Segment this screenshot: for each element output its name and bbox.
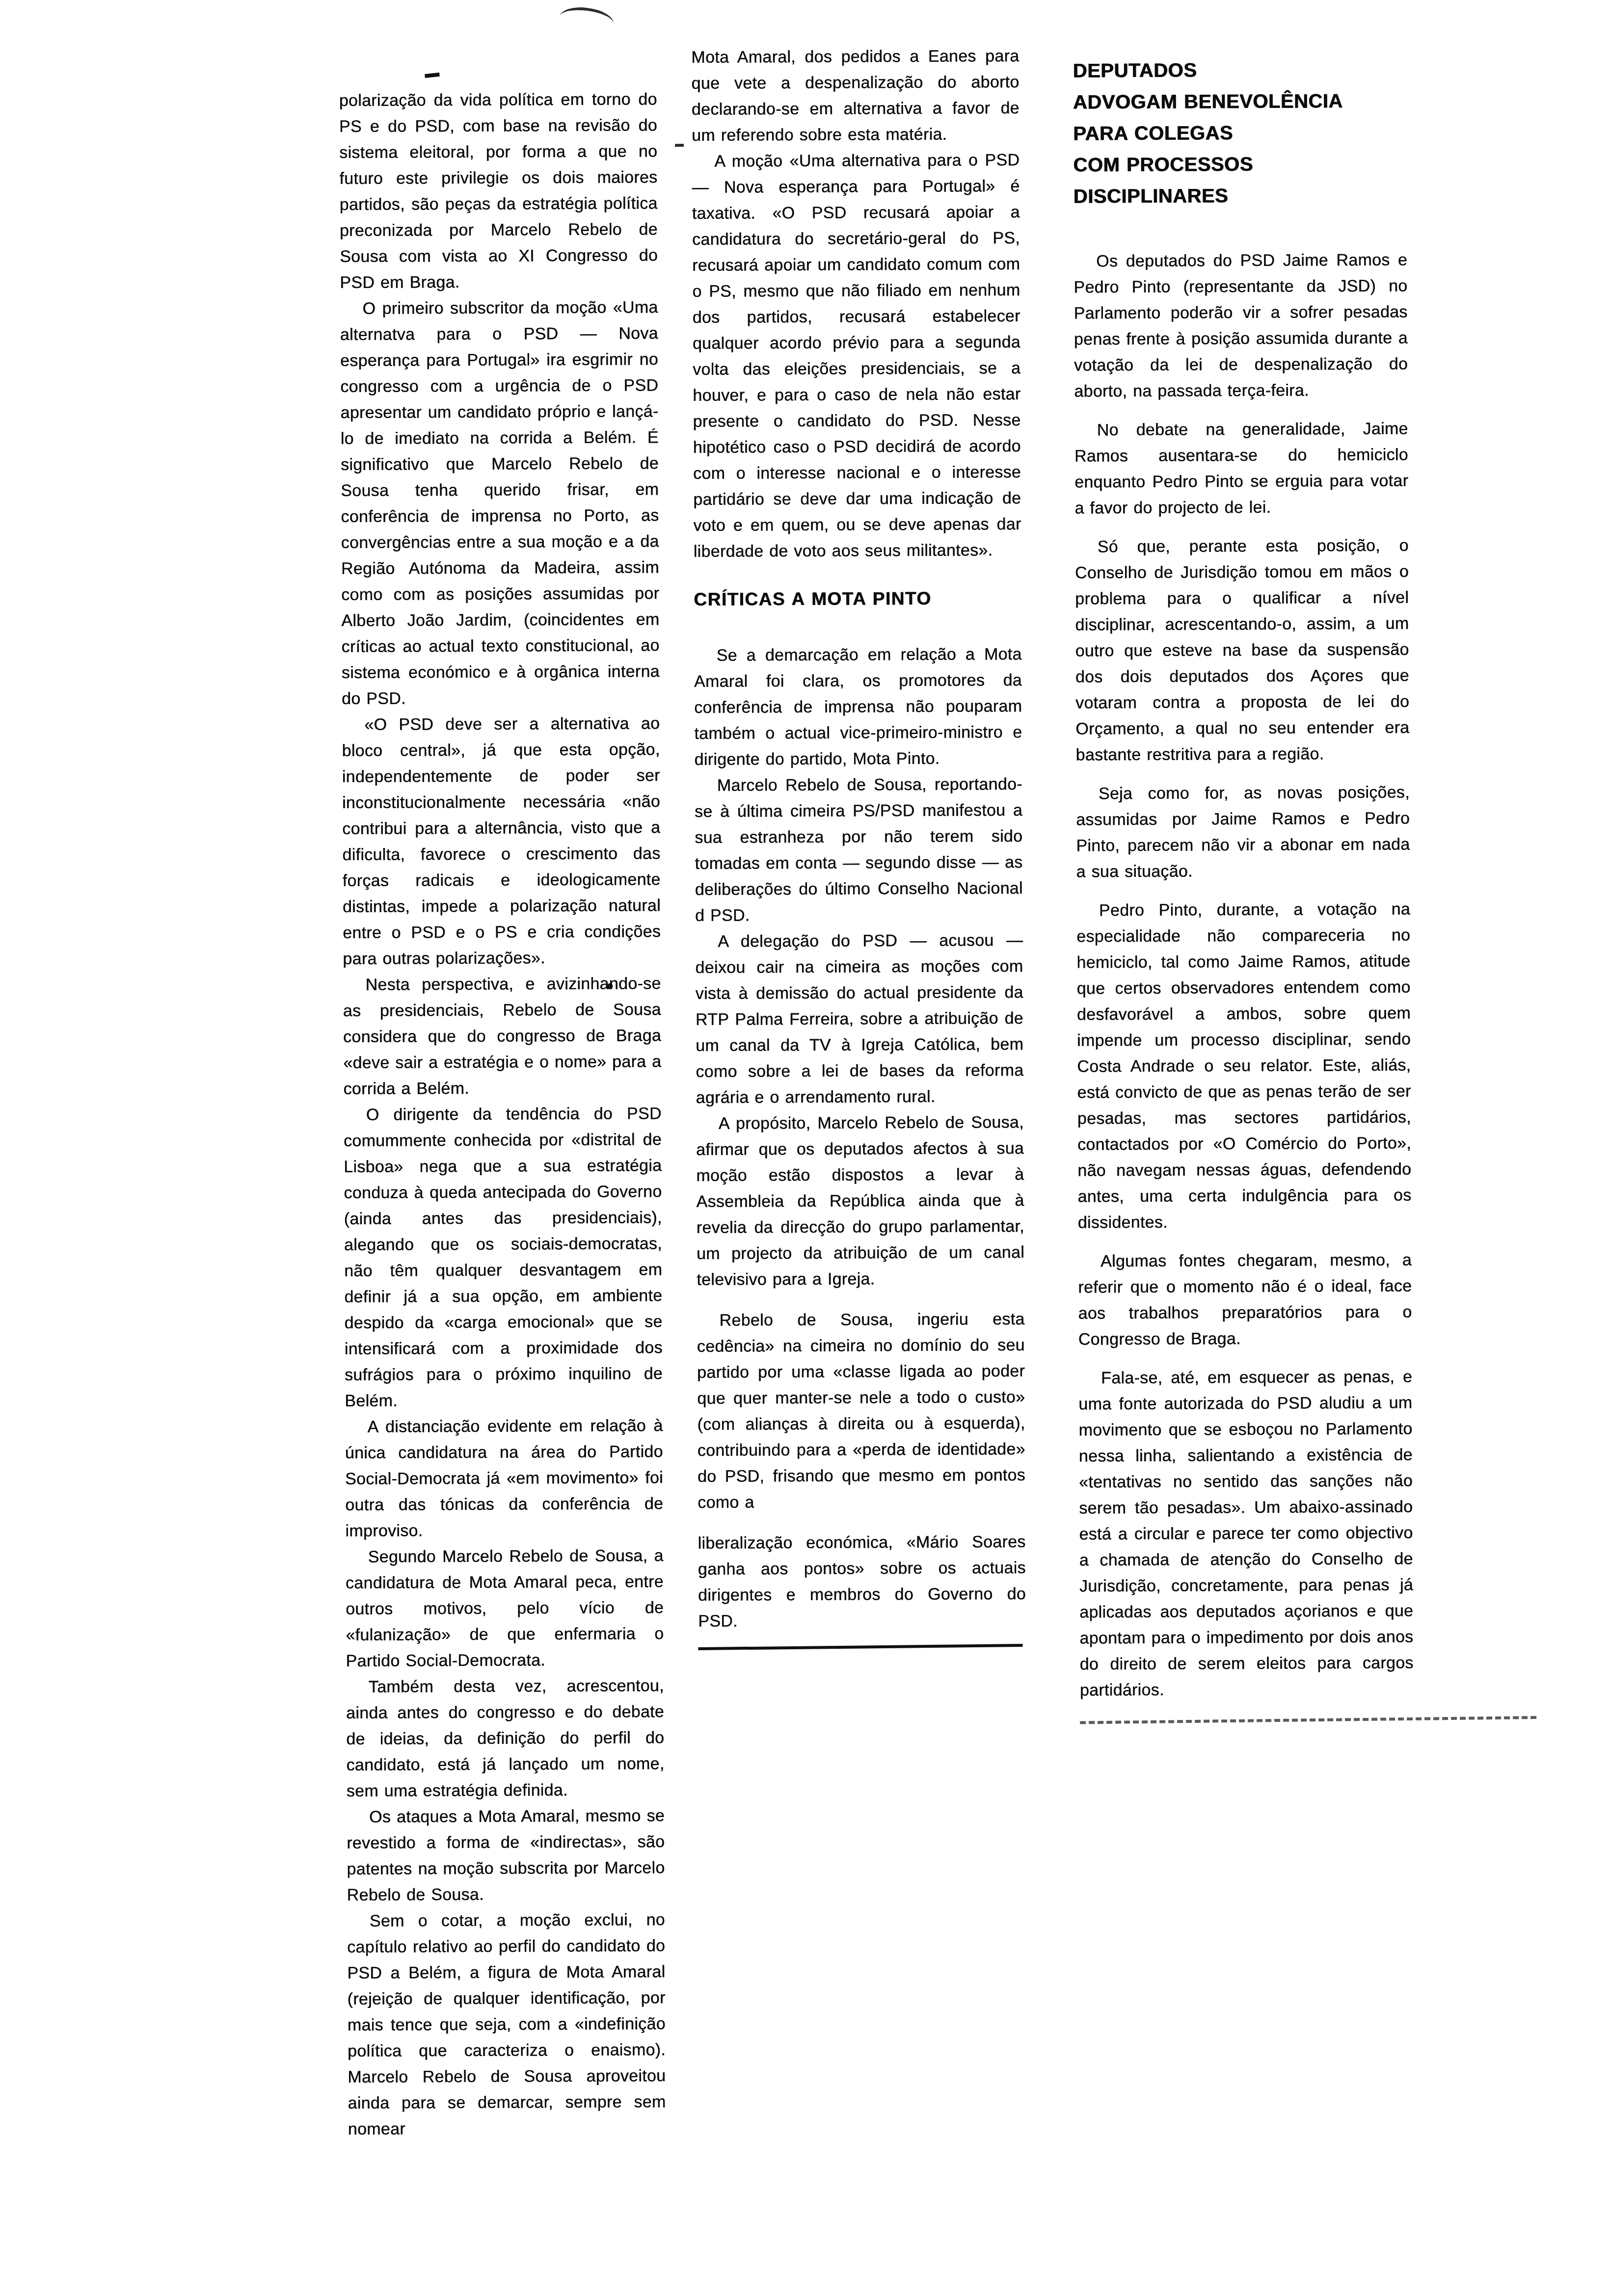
paragraph: Só que, perante esta posição, o Conselho… bbox=[1075, 533, 1410, 768]
paragraph: polarização da vida política em torno do… bbox=[339, 86, 658, 296]
paragraph: Sem o cotar, a moção exclui, no capítulo… bbox=[347, 1907, 666, 2142]
headline-line: PARA COLEGAS bbox=[1073, 117, 1407, 150]
paragraph: Seja como for, as novas posições, assumi… bbox=[1076, 780, 1410, 885]
paragraph: Marcelo Rebelo de Sousa, reportando-se à… bbox=[695, 771, 1023, 929]
column-3: DEPUTADOSADVOGAM BENEVOLÊNCIAPARA COLEGA… bbox=[1073, 54, 1414, 1724]
paragraph: Também desta vez, acrescentou, ainda ant… bbox=[346, 1673, 665, 1804]
paragraph: O primeiro subscritor da moção «Uma alte… bbox=[340, 294, 660, 712]
column-2-end-rule bbox=[698, 1644, 1022, 1650]
headline-line: COM PROCESSOS bbox=[1073, 148, 1407, 181]
paragraph: Nesta perspectiva, e avizinhando-se as p… bbox=[343, 971, 661, 1102]
subheading-criticas-a-mota-pinto: CRÍTICAS A MOTA PINTO bbox=[694, 585, 1021, 612]
paragraph: Os deputados do PSD Jaime Ramos e Pedro … bbox=[1073, 247, 1408, 405]
paragraph: A distanciação evidente em relação à úni… bbox=[345, 1413, 663, 1544]
column-1: polarização da vida política em torno do… bbox=[339, 86, 666, 2142]
scan-artifact-dash bbox=[425, 73, 440, 78]
paragraph: A moção «Uma alternativa para o PSD — No… bbox=[692, 147, 1021, 565]
paragraph: Algumas fontes chegaram, mesmo, a referi… bbox=[1078, 1247, 1412, 1353]
paragraph: Mota Amaral, dos pedidos a Eanes para qu… bbox=[691, 43, 1020, 149]
paragraph: Se a demarcação em relação a Mota Amaral… bbox=[694, 641, 1022, 773]
paragraph: No debate na generalidade, Jaime Ramos a… bbox=[1074, 416, 1409, 522]
paragraph: A delegação do PSD — acusou — deixou cai… bbox=[695, 927, 1024, 1111]
column-3-end-dotted-rule bbox=[1080, 1716, 1536, 1724]
paragraph: Fala-se, até, em esquecer as penas, e um… bbox=[1078, 1364, 1414, 1704]
paragraph: Rebelo de Sousa, ingeriu esta cedência» … bbox=[697, 1306, 1025, 1516]
scan-artifact-squiggle bbox=[558, 4, 615, 36]
paragraph: Segundo Marcelo Rebelo de Sousa, a candi… bbox=[346, 1543, 664, 1674]
scanned-newspaper-page: polarização da vida política em torno do… bbox=[0, 0, 1610, 2296]
column-2-top-paragraphs: Mota Amaral, dos pedidos a Eanes para qu… bbox=[691, 43, 1021, 565]
paragraph: «O PSD deve ser a alternativa ao bloco c… bbox=[342, 711, 661, 972]
column-2-bottom-paragraphs: Se a demarcação em relação a Mota Amaral… bbox=[694, 641, 1026, 1635]
paragraph: A propósito, Marcelo Rebelo de Sousa, af… bbox=[696, 1109, 1025, 1293]
paragraph: Pedro Pinto, durante, a votação na espec… bbox=[1076, 897, 1412, 1236]
paragraph: Os ataques a Mota Amaral, mesmo se reves… bbox=[347, 1803, 665, 1908]
scan-artifact-edge-tick bbox=[675, 144, 684, 147]
column-3-body-paragraphs: Os deputados do PSD Jaime Ramos e Pedro … bbox=[1073, 247, 1414, 1704]
headline-line: ADVOGAM BENEVOLÊNCIA bbox=[1073, 85, 1407, 118]
headline-deputados-advogam-benevolencia: DEPUTADOSADVOGAM BENEVOLÊNCIAPARA COLEGA… bbox=[1073, 54, 1407, 212]
column-2: Mota Amaral, dos pedidos a Eanes para qu… bbox=[691, 43, 1026, 1650]
paragraph: liberalização económica, «Mário Soares g… bbox=[698, 1529, 1026, 1635]
headline-line: DISCIPLINARES bbox=[1073, 180, 1407, 212]
paragraph: O dirigente da tendência do PSD comummen… bbox=[344, 1101, 663, 1414]
headline-line: DEPUTADOS bbox=[1073, 54, 1406, 87]
